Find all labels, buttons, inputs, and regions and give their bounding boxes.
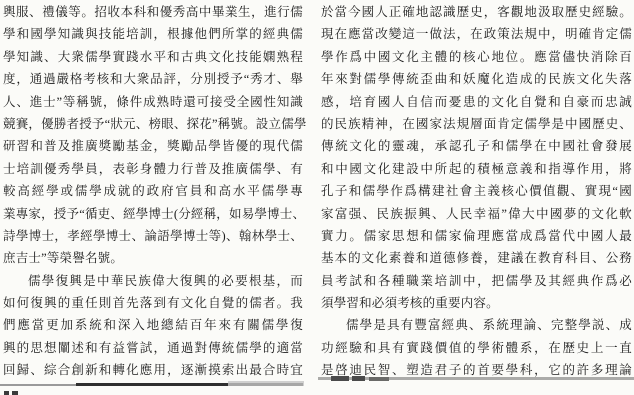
text-line: 和中國文化建設中所起的積極意義和指導作用，將 — [321, 158, 632, 180]
text-line: 詩學博士，孝經學博士、論語學博士等)、翰林學士、 — [3, 225, 303, 247]
text-line: 學知識、大衆儒學實踐水平和古典文化技能嫻熟程 — [3, 46, 303, 68]
text-line: 學作爲中國文化主體的核心地位。應當儘快消除百 — [321, 46, 632, 68]
bottom-rule-left-light — [0, 384, 78, 386]
text-line: 於當今國人正確地認識歷史，客觀地汲取歷史經驗。 — [321, 1, 632, 23]
paragraph-end-line: 須學習和必須考核的重要内容。 — [321, 292, 632, 314]
page-number-remnant — [4, 391, 9, 395]
text-line: 感，培育國人自信而憂患的文化自覺和自豪而忠誠 — [321, 91, 632, 113]
text-line: 輿服、禮儀等。招收本科和優秀高中畢業生，進行儒 — [3, 1, 303, 23]
text-line: 業專家，授予“循吏、經學博士(分經稱，如易學博士、 — [3, 203, 303, 225]
text-line: 回歸、綜合創新和轉化應用，逐漸摸索出最合時宜 — [3, 359, 303, 381]
text-line: 研習和普及推廣獎勵基金，獎勵品學皆優的現代儒 — [3, 135, 303, 157]
text-line: 功經驗和具有實踐價值的學術體系，在歷史上一直 — [321, 337, 632, 359]
bottom-greyband-left — [228, 381, 304, 386]
text-line: 是啓迪民智、塑造君子的首要學科，它的許多理論 — [321, 359, 632, 381]
text-line: 競賽，優勝者授予“狀元、榜眼、探花”稱號。設立儒學 — [3, 113, 303, 135]
text-line: 現在應當改變這一做法，在政策法規中，明確肯定儒 — [321, 23, 632, 45]
text-line: 學和國學知識與技能培訓，根據他們所掌的經典儒 — [3, 23, 303, 45]
text-line: 傳統文化的靈魂，承認孔子和儒學在中國社會發展 — [321, 135, 632, 157]
paragraph-end-line: 庶吉士”等榮譽名號。 — [3, 247, 303, 269]
text-line: 年來對儒學傳統歪曲和妖魔化造成的民族文化失落 — [321, 68, 632, 90]
text-line: 興的思想闡述和有益嘗試，通過對傳統儒學的適當 — [3, 337, 303, 359]
paragraph-start-line: 儒學是具有豐富經典、系統理論、完整學説、成 — [321, 314, 632, 336]
text-line: 孔子和儒學作爲構建社會主義核心價值觀、實現“國 — [321, 180, 632, 202]
text-line: 度，通過嚴格考核和大衆品評，分別授予“秀才、舉 — [3, 68, 303, 90]
paragraph-start-line: 儒學復興是中華民族偉大復興的必要根基，而 — [3, 270, 303, 292]
scanned-document-page: 輿服、禮儀等。招收本科和優秀高中畢業生，進行儒 學和國學知識與技能培訓，根據他們… — [0, 0, 634, 395]
text-line: 士培訓優秀學員，表彰身體力行普及推廣儒學、有 — [3, 158, 303, 180]
text-line: 實力。儒家思想和儒家倫理應當成爲當代中國人最 — [321, 225, 632, 247]
left-text-column: 輿服、禮儀等。招收本科和優秀高中畢業生，進行儒 學和國學知識與技能培訓，根據他們… — [3, 1, 303, 382]
text-line: 人、進士”等稱號，條件成熟時還可接受全國性知識 — [3, 91, 303, 113]
text-line: 員考試和各種職業培訓中，把儒學及其經典作爲必 — [321, 270, 632, 292]
page-number-remnant — [12, 391, 18, 395]
text-line: 較高經學或儒學成就的政府官員和高水平儒學專 — [3, 180, 303, 202]
right-text-column: 於當今國人正確地認識歷史，客觀地汲取歷史經驗。 現在應當改變這一做法，在政策法規… — [321, 1, 632, 382]
text-line: 基本的文化素養和道德修養，建議在教育科目、公務 — [321, 247, 632, 269]
text-line: 的民族精神，在國家法規層面肯定儒學是中國歷史、 — [321, 113, 632, 135]
text-line: 如何復興的重任則首先落到有文化自覺的儒者。我 — [3, 292, 303, 314]
text-line: 家富强、民族振興、人民幸福”偉大中國夢的文化軟 — [321, 203, 632, 225]
bottom-rule-left-dark — [76, 383, 303, 386]
text-line: 們應當更加系統和深入地總結百年來有關儒學復 — [3, 314, 303, 336]
